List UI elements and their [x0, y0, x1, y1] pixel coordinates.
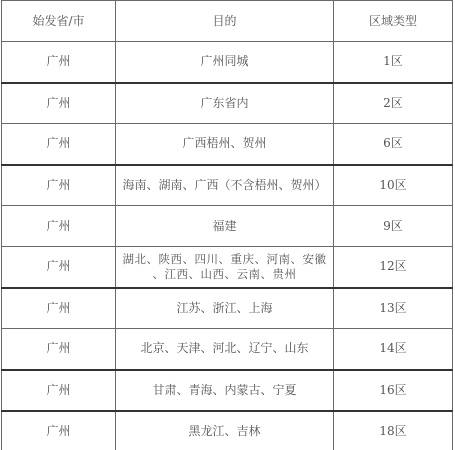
destination-cell: 海南、湖南、广西（不含梧州、贺州） [116, 165, 334, 206]
table-row: 广州 湖北、陕西、四川、重庆、河南、安徽 、江西、山西、云南、贵州 12区 [2, 247, 453, 288]
destination-cell: 广东省内 [116, 83, 334, 124]
origin-cell: 广州 [2, 42, 116, 83]
table-row: 广州 甘肃、青海、内蒙古、宁夏 16区 [2, 370, 453, 411]
zone-cell: 18区 [334, 411, 453, 450]
destination-cell: 广州同城 [116, 42, 334, 83]
table-row: 广州 广西梧州、贺州 6区 [2, 124, 453, 165]
destination-cell: 北京、天津、河北、辽宁、山东 [116, 329, 334, 370]
origin-cell: 广州 [2, 124, 116, 165]
table-row: 广州 黑龙江、吉林 18区 [2, 411, 453, 450]
destination-line-2: 、江西、山西、云南、贵州 [116, 267, 333, 282]
destination-line-1: 湖北、陕西、四川、重庆、河南、安徽 [116, 252, 333, 267]
table-header-row: 始发省/市 目的 区域类型 [2, 1, 453, 42]
table-row: 广州 北京、天津、河北、辽宁、山东 14区 [2, 329, 453, 370]
destination-cell: 黑龙江、吉林 [116, 411, 334, 450]
origin-cell: 广州 [2, 247, 116, 288]
header-destination: 目的 [116, 1, 334, 42]
table-row: 广州 江苏、浙江、上海 13区 [2, 288, 453, 329]
table-row: 广州 广州同城 1区 [2, 42, 453, 83]
header-origin: 始发省/市 [2, 1, 116, 42]
origin-cell: 广州 [2, 83, 116, 124]
zone-table: 始发省/市 目的 区域类型 广州 广州同城 1区 广州 广东省内 2区 广州 广… [1, 0, 453, 450]
zone-cell: 2区 [334, 83, 453, 124]
origin-cell: 广州 [2, 288, 116, 329]
zone-cell: 1区 [334, 42, 453, 83]
table-row: 广州 广东省内 2区 [2, 83, 453, 124]
zone-cell: 6区 [334, 124, 453, 165]
origin-cell: 广州 [2, 329, 116, 370]
destination-cell: 湖北、陕西、四川、重庆、河南、安徽 、江西、山西、云南、贵州 [116, 247, 334, 288]
zone-cell: 14区 [334, 329, 453, 370]
zone-cell: 16区 [334, 370, 453, 411]
header-zone-type: 区域类型 [334, 1, 453, 42]
zone-cell: 13区 [334, 288, 453, 329]
zone-cell: 9区 [334, 206, 453, 247]
origin-cell: 广州 [2, 206, 116, 247]
destination-cell: 广西梧州、贺州 [116, 124, 334, 165]
destination-cell: 江苏、浙江、上海 [116, 288, 334, 329]
origin-cell: 广州 [2, 165, 116, 206]
origin-cell: 广州 [2, 370, 116, 411]
destination-cell: 甘肃、青海、内蒙古、宁夏 [116, 370, 334, 411]
table-row: 广州 海南、湖南、广西（不含梧州、贺州） 10区 [2, 165, 453, 206]
zone-cell: 10区 [334, 165, 453, 206]
destination-cell: 福建 [116, 206, 334, 247]
zone-cell: 12区 [334, 247, 453, 288]
origin-cell: 广州 [2, 411, 116, 450]
table-row: 广州 福建 9区 [2, 206, 453, 247]
